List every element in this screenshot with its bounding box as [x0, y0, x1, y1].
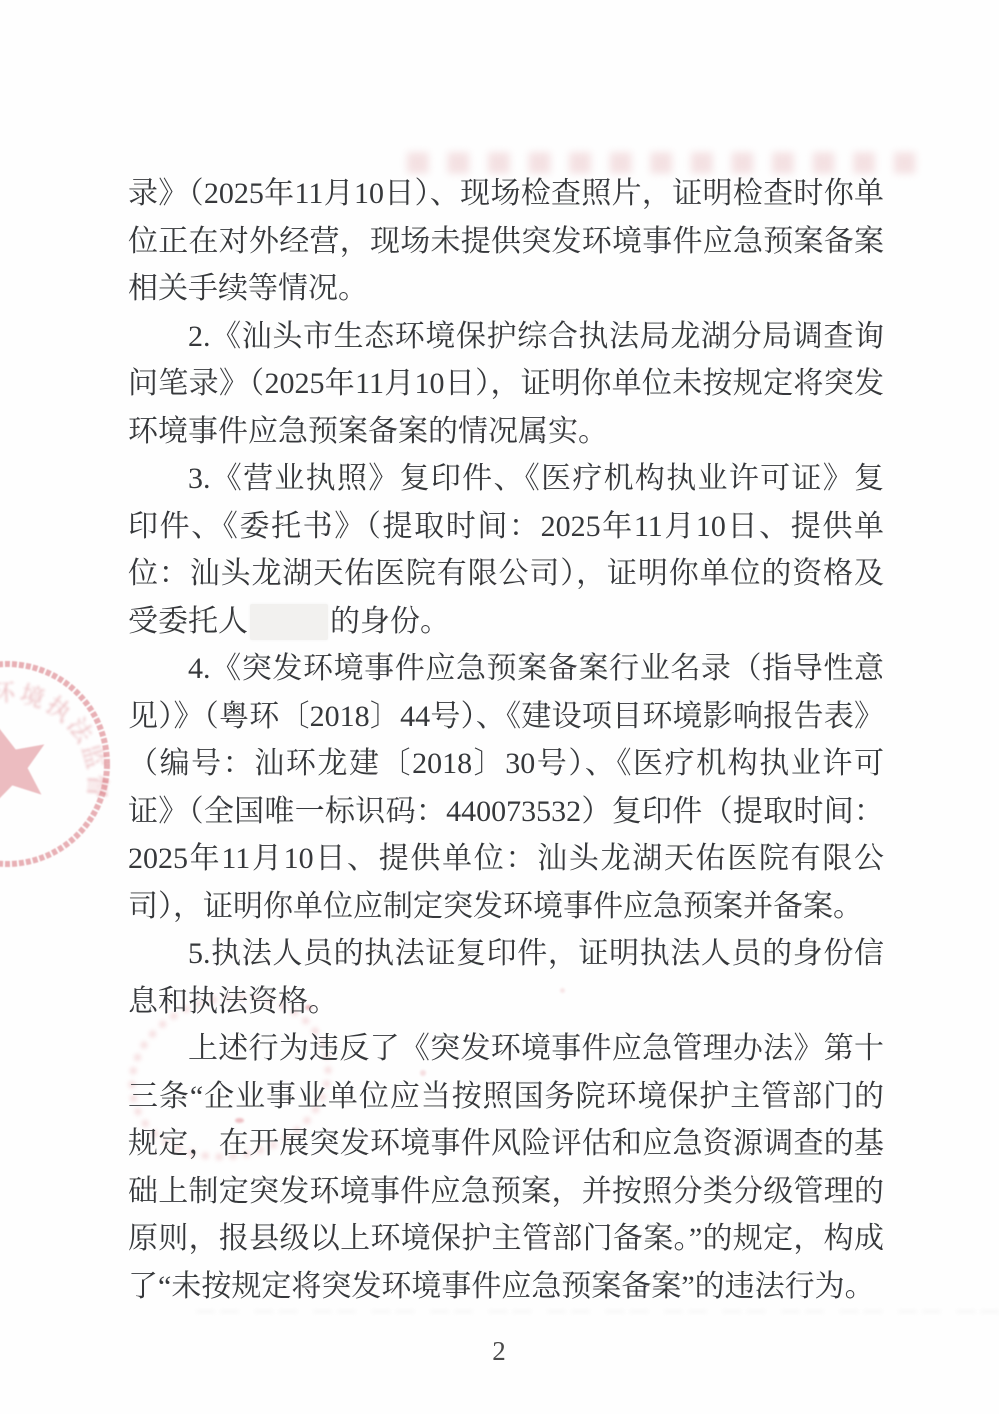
paragraph-1: 录》（2025年11月10日）、现场检查照片，证明检查时你单位正在对外经营，现场… — [128, 170, 884, 313]
paragraph-4-text: 4.《突发环境事件应急预案备案行业名录（指导性意见）》（粤环〔2018〕44号）… — [128, 652, 884, 923]
paragraph-5: 5.执法人员的执法证复印件，证明执法人员的身份信息和执法资格。 — [128, 930, 884, 1025]
paragraph-6-text: 上述行为违反了《突发环境事件应急管理办法》第十三条“企业事业单位应当按照国务院环… — [128, 1032, 884, 1303]
svg-text:汕头市生态环境执法监督: 汕头市生态环境执法监督 — [0, 681, 111, 808]
paragraph-3-text-after: 的身份。 — [330, 605, 450, 638]
paragraph-3: 3.《营业执照》复印件、《医疗机构执业许可证》复印件、《委托书》（提取时间：20… — [128, 455, 884, 645]
paragraph-5-text: 5.执法人员的执法证复印件，证明执法人员的身份信息和执法资格。 — [128, 937, 884, 1018]
paragraph-3-text-before: 3.《营业执照》复印件、《医疗机构执业许可证》复印件、《委托书》（提取时间：20… — [128, 462, 884, 638]
redaction-box — [250, 604, 328, 640]
paragraph-6: 上述行为违反了《突发环境事件应急管理办法》第十三条“企业事业单位应当按照国务院环… — [128, 1025, 884, 1310]
paragraph-1-text: 录》（2025年11月10日）、现场检查照片，证明检查时你单位正在对外经营，现场… — [128, 177, 884, 305]
red-seal-stamp: 汕头市生态环境执法监督 — [0, 655, 116, 873]
paragraph-2: 2.《汕头市生态环境保护综合执法局龙湖分局调查询问笔录》（2025年11月10日… — [128, 313, 884, 456]
page-number: 2 — [0, 1336, 999, 1367]
paragraph-4: 4.《突发环境事件应急预案备案行业名录（指导性意见）》（粤环〔2018〕44号）… — [128, 645, 884, 930]
document-body: 录》（2025年11月10日）、现场检查照片，证明检查时你单位正在对外经营，现场… — [128, 170, 884, 1310]
scanned-document-page: ■■■■■■■■■■■■■ 汕头市生态环境执法监督 录》（2025年11月10日… — [0, 0, 999, 1414]
paragraph-2-text: 2.《汕头市生态环境保护综合执法局龙湖分局调查询问笔录》（2025年11月10日… — [128, 320, 884, 448]
bleed-through-text-bottom: —— —— —— —— —— —— —— —— —— —— —— —— —— —… — [0, 1300, 999, 1324]
